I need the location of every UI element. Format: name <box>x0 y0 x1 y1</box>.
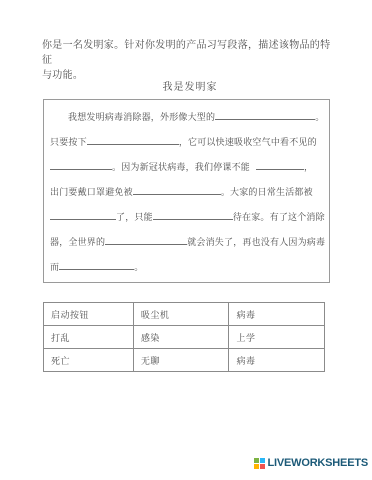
paragraph-line: 我想发明病毒消除器，外形像大型的。 <box>50 105 322 130</box>
fill-in-blank[interactable] <box>153 207 233 220</box>
fill-in-paragraph-box: 我想发明病毒消除器，外形像大型的。只要按下，它可以快速吸收空气中看不见的。因为新… <box>43 99 330 283</box>
paragraph-text-segment: 待在家。有了这个消除 <box>233 212 325 222</box>
word-bank-cell: 病毒 <box>229 349 325 372</box>
paragraph-line: 而。 <box>50 255 322 280</box>
table-row: 打乱 感染 上学 <box>44 326 325 349</box>
liveworksheets-brand-text: LIVEWORKSHEETS <box>268 457 369 469</box>
word-bank-cell: 启动按钮 <box>44 303 134 326</box>
logo-square <box>260 464 265 469</box>
fill-in-blank[interactable] <box>50 157 112 170</box>
worksheet-page: 你是一名发明家。针对你发明的产品习写段落，描述该物品的特征 与功能。 我是发明家… <box>0 0 372 480</box>
table-row: 死亡 无聊 病毒 <box>44 349 325 372</box>
word-bank-cell: 无聊 <box>133 349 229 372</box>
table-row: 启动按钮 吸尘机 病毒 <box>44 303 325 326</box>
word-bank-table: 启动按钮 吸尘机 病毒 打乱 感染 上学 死亡 无聊 病毒 <box>43 302 325 372</box>
paragraph-line: 。因为新冠状病毒，我们停课不能， <box>50 155 322 180</box>
instructions-text: 你是一名发明家。针对你发明的产品习写段落，描述该物品的特征 与功能。 <box>42 38 338 83</box>
logo-square <box>254 458 259 463</box>
paragraph-text-segment: 。 <box>315 112 324 122</box>
liveworksheets-footer[interactable]: LIVEWORKSHEETS <box>254 457 369 469</box>
paragraph-text-segment: 而 <box>50 262 59 272</box>
paragraph-text-segment: ， <box>304 162 313 172</box>
word-bank-cell: 病毒 <box>229 303 325 326</box>
paragraph-text-segment: 。 <box>134 262 143 272</box>
paragraph-line: 了，只能待在家。有了这个消除 <box>50 205 322 230</box>
paragraph-text-segment: 。因为新冠状病毒，我们停课不能 <box>112 162 250 172</box>
paragraph-line: 器，全世界的就会消失了，再也没有人因为病毒 <box>50 230 322 255</box>
word-bank-cell: 吸尘机 <box>133 303 229 326</box>
paragraph-text-segment: 器，全世界的 <box>50 237 105 247</box>
word-bank-cell: 感染 <box>133 326 229 349</box>
paragraph-text-segment: 。大家的日常生活都被 <box>221 187 313 197</box>
fill-in-blank[interactable] <box>50 207 116 220</box>
paragraph-line: 出门要戴口罩避免被。大家的日常生活都被 <box>50 180 322 205</box>
word-bank-cell: 打乱 <box>44 326 134 349</box>
paragraph-text-segment: 出门要戴口罩避免被 <box>50 187 133 197</box>
fill-in-blank[interactable] <box>256 157 304 170</box>
instructions-line-1: 你是一名发明家。针对你发明的产品习写段落，描述该物品的特征 <box>42 38 338 68</box>
page-title: 我是发明家 <box>42 78 338 93</box>
paragraph-text-segment: 我想发明病毒消除器，外形像大型的 <box>68 112 215 122</box>
logo-square <box>260 458 265 463</box>
fill-in-blank[interactable] <box>133 182 221 195</box>
fill-in-blank[interactable] <box>105 232 187 245</box>
fill-in-blank[interactable] <box>215 107 315 120</box>
fill-in-blank[interactable] <box>87 132 179 145</box>
liveworksheets-logo-icon <box>254 458 265 469</box>
word-bank-cell: 死亡 <box>44 349 134 372</box>
paragraph-text-segment: ，它可以快速吸收空气中看不见的 <box>179 137 317 147</box>
logo-square <box>254 464 259 469</box>
paragraph-text-segment: 就会消失了，再也没有人因为病毒 <box>187 237 325 247</box>
word-bank-cell: 上学 <box>229 326 325 349</box>
fill-in-blank[interactable] <box>59 257 134 270</box>
paragraph-text-segment: 了，只能 <box>116 212 153 222</box>
paragraph-line: 只要按下，它可以快速吸收空气中看不见的 <box>50 130 322 155</box>
paragraph-text-segment: 只要按下 <box>50 137 87 147</box>
